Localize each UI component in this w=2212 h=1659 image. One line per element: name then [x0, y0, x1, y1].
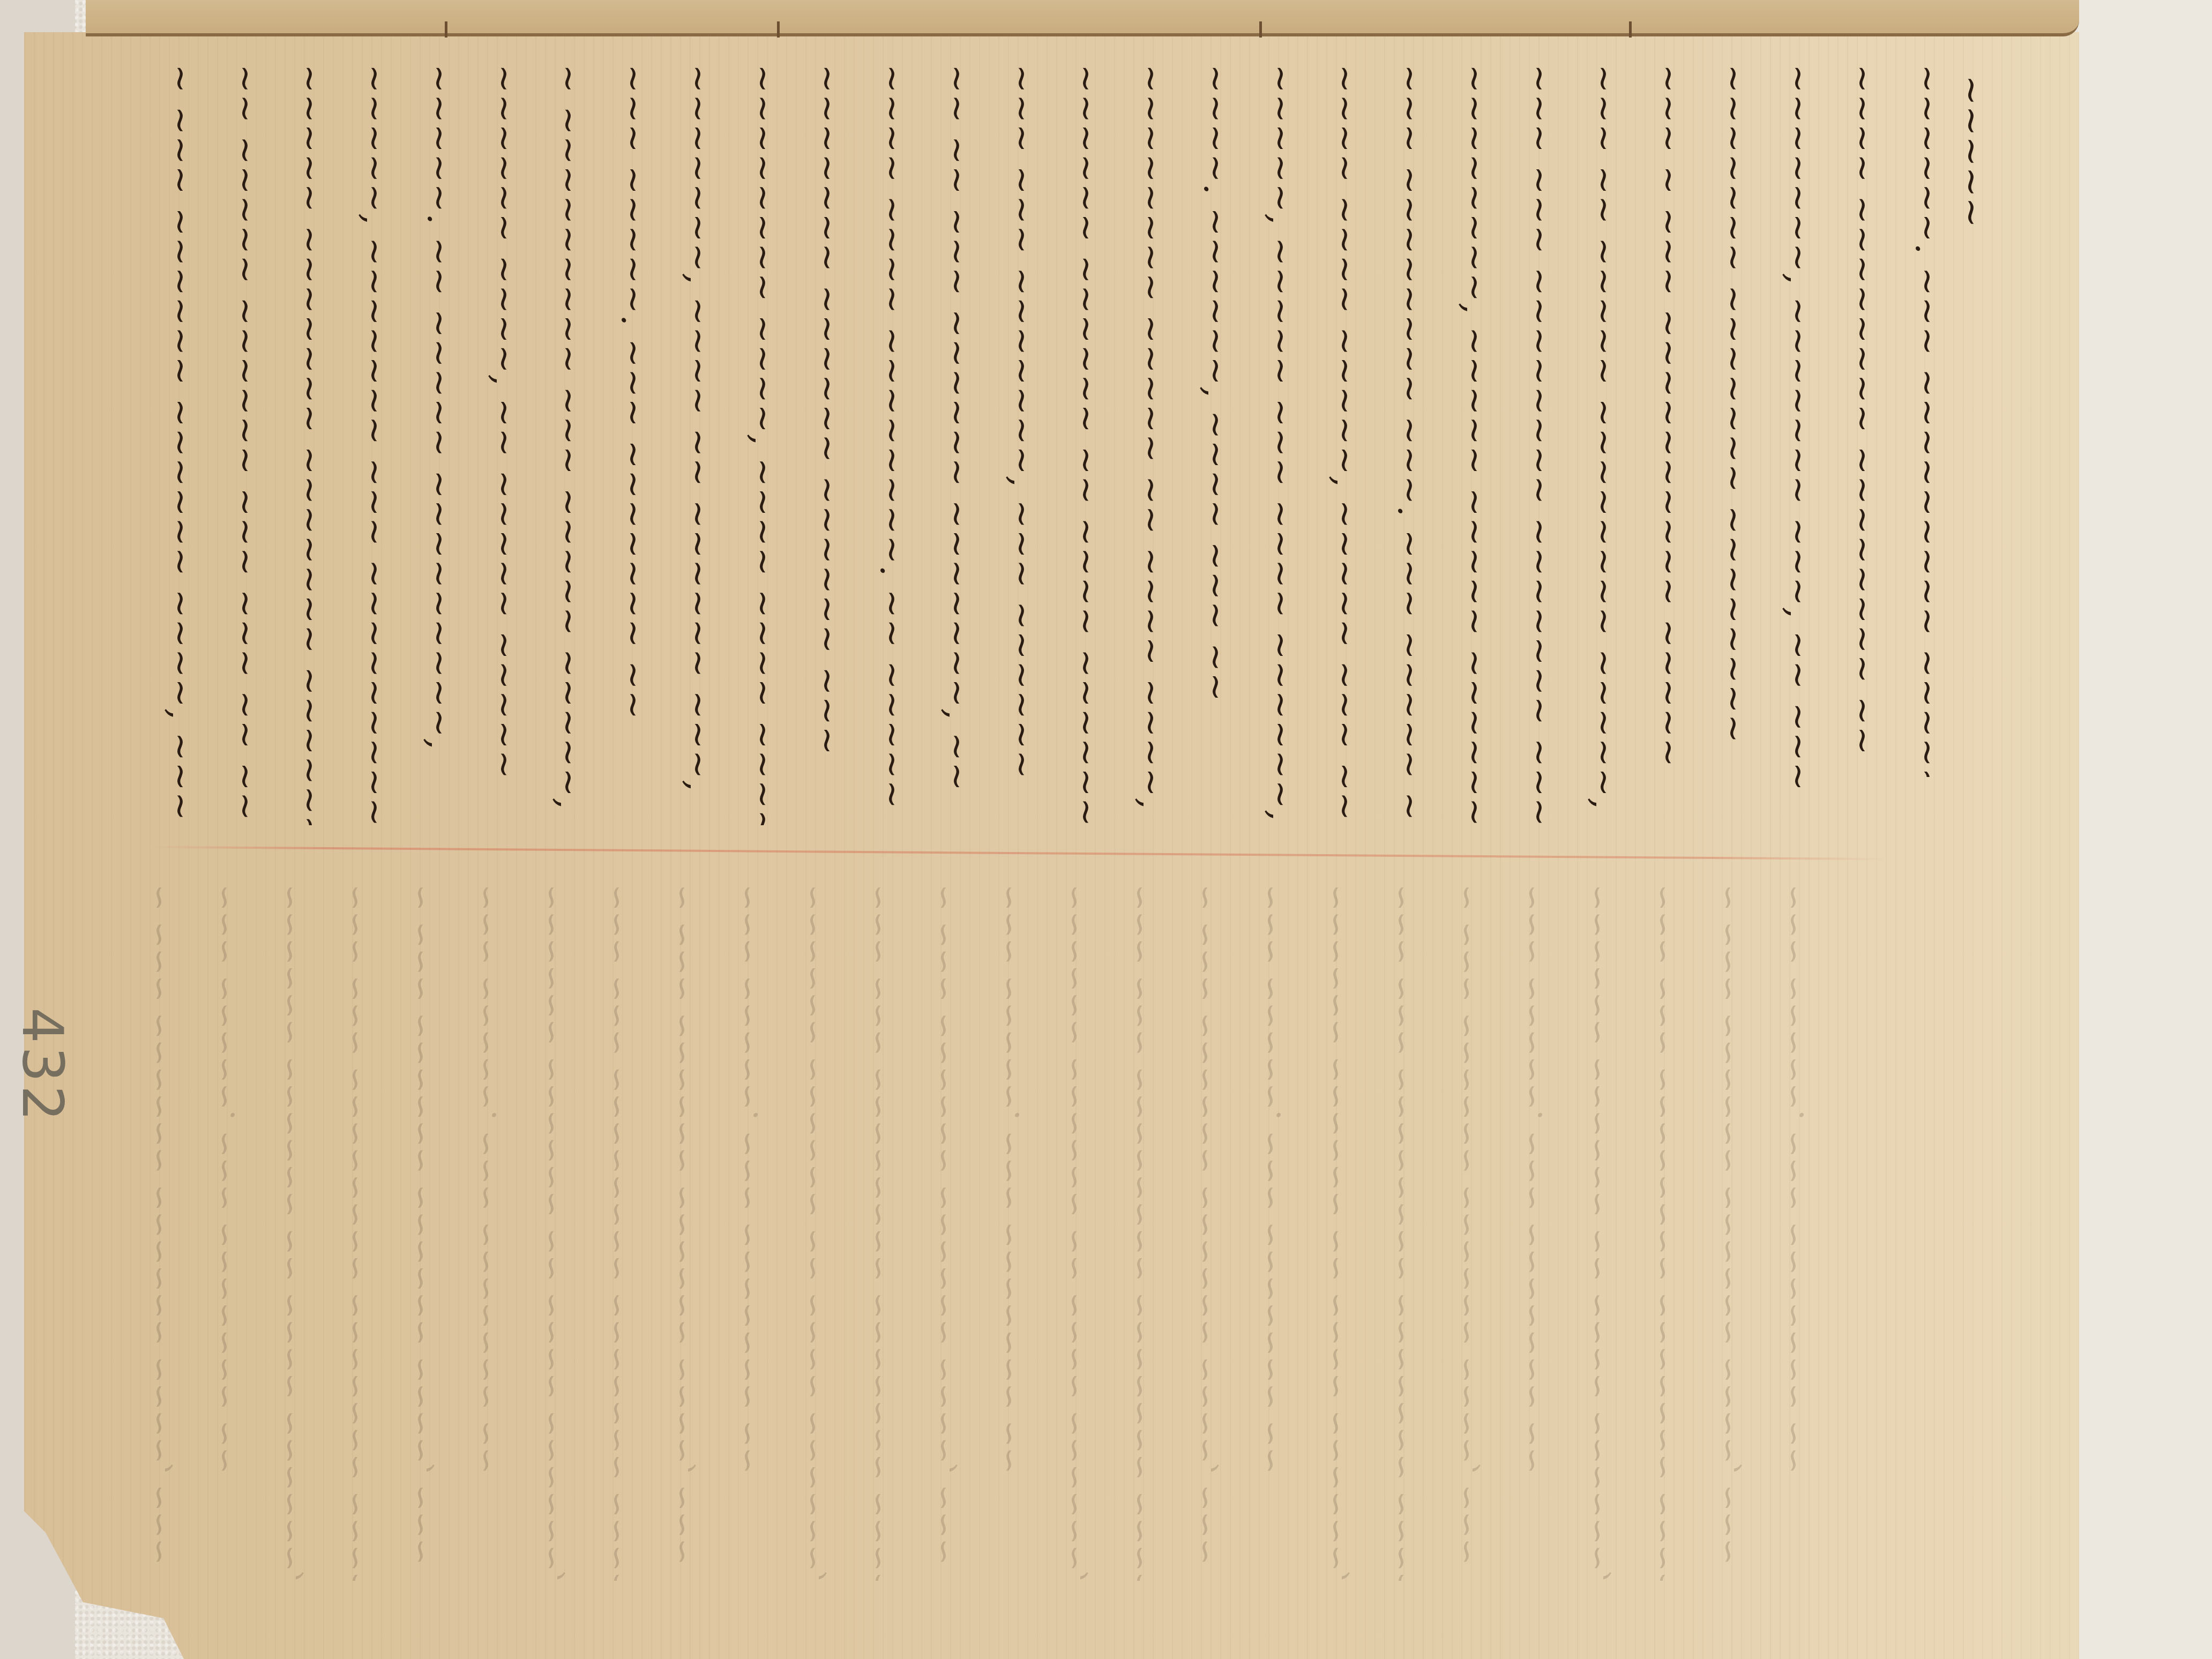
manuscript-line: ~~~~~~~ ~~~~~~~ ~~~~~~~~ — [1714, 64, 1753, 825]
show-through-line: ~~~ ~~~~~. ~~~ ~~~~~~~ ~~ — [205, 884, 242, 1581]
manuscript-line: ~ ~~~ ~~~~~~ ~~~~~~ ~~~~, ~~~ — [161, 64, 200, 825]
folded-top-flap — [86, 0, 2079, 36]
show-through-line: ~~~~~~ ~~~~~~ ~~ ~~~~ ~~~~~~, — [270, 884, 308, 1581]
crease-notch — [1259, 21, 1262, 38]
crease-notch — [445, 21, 447, 38]
show-through-line: ~ ~~~ ~~~~~~ ~~~~~~ ~~~~, ~~~ — [401, 884, 438, 1581]
show-through-line: ~~~ ~~~~~. ~~~ ~~~~~~~ ~~ — [466, 884, 504, 1581]
manuscript-line: ~~~~ ~~~~~~~~ ~~~~~~~~ ~~ — [1843, 64, 1882, 825]
show-through-line: ~ ~~~ ~~~~~~ ~~~~~~ ~~~~, ~~~ — [139, 884, 177, 1581]
show-through-line: ~~~~~~ ~~~~~~ ~~ ~~~~ ~~~~~~, — [1055, 884, 1092, 1581]
show-through-line: ~~~ ~~~~~. ~~~ ~~~~~~~ ~~ — [728, 884, 765, 1581]
manuscript-line: ~~~ ~~~ ~~~~~~~~ ~~~~~~~ ~~~~~, — [1520, 64, 1559, 825]
show-through-line: ~~~~~~ ~~~~~~ ~~ ~~~~ ~~~~~~, — [1578, 884, 1615, 1581]
manuscript-line: ~~~~ ~~~~ ~~~~~~~~. ~~ ~~~~~ — [872, 64, 912, 825]
show-through-line: ~ ~~~ ~~~~~~ ~~~~~~ ~~~~, ~~~ — [1708, 884, 1746, 1581]
show-through-line: ~~~~~~ ~~~~~~ ~~ ~~~~ ~~~~~~, — [1316, 884, 1354, 1581]
background-fabric-right — [2078, 0, 2212, 1659]
manuscript-line: ~~~ ~~~ ~~~~~~~, ~~~ ~~~~~~ — [1002, 64, 1042, 825]
show-through-line: ~~~ ~~~ ~~~~~~~~ ~~~~~~~ ~~~~~, — [858, 884, 896, 1581]
show-through-line: ~~~~~~ ~~~~~~ ~~ ~~~~ ~~~~~~, — [532, 884, 569, 1581]
manuscript-line: ~~~ ~~ ~~~~~ ~~~~~~~~ ~~~~~, — [1584, 64, 1624, 825]
manuscript-line: ~~~~ ~~~~ ~~~~~, ~~~~~ ~~~ ~~~ — [1325, 64, 1365, 825]
manuscript-line: ~~~~~~~~ ~~~~, ~~~~ ~~~~ ~~~~ — [743, 64, 783, 825]
show-through-line: ~~~ ~~~ ~~~~~~~~ ~~~~~~~ ~~~~~, — [1120, 884, 1157, 1581]
manuscript-line: ~~ ~~~~~ ~~~~~~ ~~~ ~~~ ~~ ~~~, — [226, 64, 265, 825]
folio-number: 432 — [10, 1007, 75, 1124]
show-through-line: ~~~ ~~~ ~~~~~~~~ ~~~~~~~ ~~~~~, — [335, 884, 373, 1581]
show-through-line: ~~~ ~~~~~. ~~~ ~~~~~~~ ~~ — [1251, 884, 1288, 1581]
show-through-line: ~ ~~~ ~~~~~~ ~~~~~~ ~~~~, ~~~ — [924, 884, 961, 1581]
manuscript-line: ~~~~~~~, ~~~~ ~~ ~~~~~~ ~~~, — [678, 64, 718, 825]
crease-notch — [1629, 21, 1632, 38]
manuscript-line: ~~ ~~ ~~~ ~~~~~~ ~~~~~~~, ~~ — [937, 64, 977, 825]
manuscript-line: ~~~~~~~~, ~~~~~ ~~~~~ ~~~~~~~ — [1455, 64, 1494, 825]
manuscript-line: ~~~~~~ ~~~~, ~~ ~~~~~ ~~~~~ — [484, 64, 524, 825]
manuscript-line: ~~~~~ ~~~~~~~ ~~~~~~~ ~~~~~~ ~~~, — [290, 64, 330, 825]
show-through-line: ~ ~~~ ~~~~~~ ~~~~~~ ~~~~, ~~~ — [1185, 884, 1223, 1581]
manuscript-line: ~~~~~~. ~~~ ~~~~~~~~~ ~~~~~ — [1908, 64, 1947, 777]
manuscript-line: ~~~ ~ ~~~ ~~~~~~~~~~ ~~~~~ — [1649, 64, 1688, 825]
manuscript-line: ~~~~~, ~~~~~~~ ~~~ ~~~~~~~~~, — [355, 64, 394, 825]
show-through-line: ~~~ ~~~~~. ~~~ ~~~~~~~ ~~ — [1774, 884, 1811, 1581]
manuscript-line: ~~~~~. ~~ ~~~~~ ~~~~~~~~~, — [420, 64, 459, 825]
show-through-line: ~~~ ~~~~~. ~~~ ~~~~~~~ ~~ — [1512, 884, 1550, 1581]
manuscript-line: ~~~~~~~~ ~~~~~ ~~ ~~~~ ~~~~, — [1131, 64, 1171, 825]
show-through-line: ~ ~~~ ~~~~~~ ~~~~~~ ~~~~, ~~~ — [662, 884, 700, 1581]
manuscript-line: ~~~~~, ~~~~~ ~~~ ~~~~ ~~~~~~, — [1261, 64, 1301, 825]
manuscript-line: ~ ~~~~~~~~~ ~~~ ~~~~~ ~~~~~, — [549, 64, 588, 825]
manuscript-line: ~~~ ~~~~~~~~ ~~~. ~~~ ~~~~~ ~~~ — [1390, 64, 1430, 825]
show-through-line: ~ ~~~ ~~~~~~ ~~~~~~ ~~~~, ~~~ — [1447, 884, 1484, 1581]
catchword: ~~~~~ — [1951, 75, 1993, 228]
show-through-line: ~~~~~~ ~~~~~~ ~~ ~~~~ ~~~~~~, — [793, 884, 831, 1581]
manuscript-line: ~~~~~~ ~~~~~~ ~~ ~~~~ ~~~~~~, — [1066, 64, 1106, 825]
manuscript-line: ~~~ ~~~~~. ~~~ ~~~~~~~ ~~ — [614, 64, 653, 825]
manuscript-line: ~~~~~~~, ~~~~~~~ ~~~, ~~ ~~~ — [1778, 64, 1818, 825]
manuscript-line: ~~~~. ~~~~~~, ~~~~ ~~~ ~~ — [1196, 64, 1236, 825]
manuscript-line: ~~~~~~~ ~~~~~~ ~~~~~~ ~~~ — [808, 64, 847, 825]
show-through-line: ~~~ ~~~ ~~~~~~~~ ~~~~~~~ ~~~~~, — [1381, 884, 1419, 1581]
show-through-line: ~~~ ~~~~~. ~~~ ~~~~~~~ ~~ — [989, 884, 1027, 1581]
crease-notch — [777, 21, 780, 38]
show-through-line: ~~~ ~~~ ~~~~~~~~ ~~~~~~~ ~~~~~, — [1643, 884, 1680, 1581]
show-through-line: ~~~ ~~~ ~~~~~~~~ ~~~~~~~ ~~~~~, — [597, 884, 634, 1581]
manuscript-sheet — [24, 32, 2079, 1659]
